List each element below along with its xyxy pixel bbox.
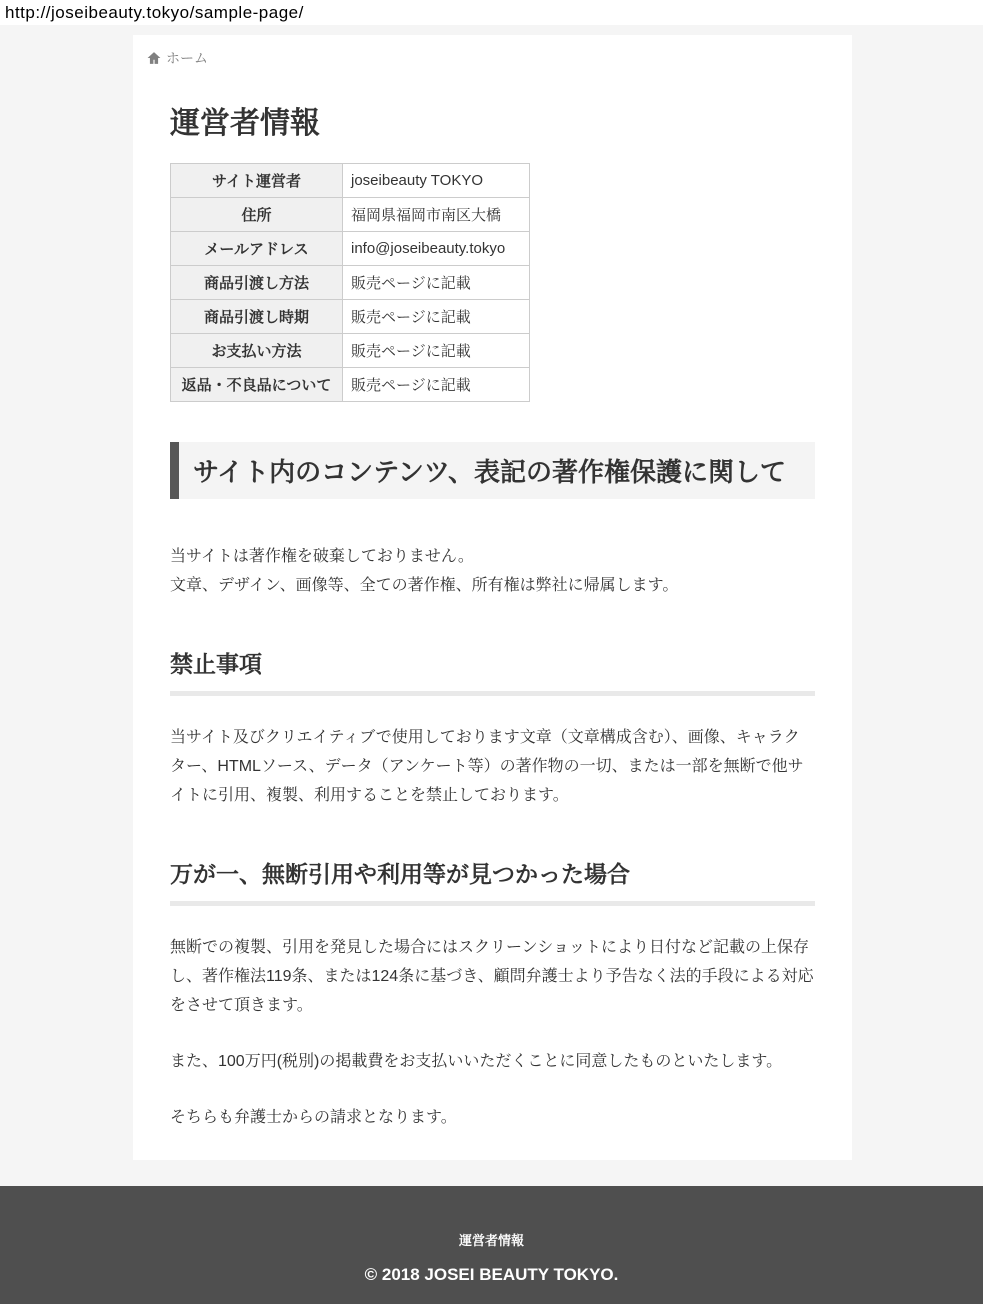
copyright-text: © 2018 JOSEI BEAUTY TOKYO. bbox=[0, 1265, 983, 1285]
breadcrumb-home-link[interactable]: ホーム bbox=[147, 48, 208, 68]
page-title: 運営者情報 bbox=[170, 98, 815, 142]
violation-paragraph: また、100万円(税別)の掲載費をお支払いいただくことに同意したものといたします… bbox=[170, 1047, 815, 1076]
table-row: 住所 福岡県福岡市南区大橋 bbox=[171, 198, 530, 232]
violation-paragraph: 無断での複製、引用を発見した場合にはスクリーンショットにより日付など記載の上保存… bbox=[170, 933, 815, 1020]
content-card: ホーム 運営者情報 サイト運営者 joseibeauty TOKYO 住所 福岡… bbox=[133, 35, 852, 1160]
copyright-section-heading: サイト内のコンテンツ、表記の著作権保護に関して bbox=[170, 442, 815, 499]
info-table-value: 福岡県福岡市南区大橋 bbox=[343, 198, 530, 232]
violation-paragraph: 著作権保護の為の処置となりますので何卒ご了承下さい。 bbox=[170, 1159, 815, 1160]
table-row: メールアドレス info@joseibeauty.tokyo bbox=[171, 232, 530, 266]
info-table-label: お支払い方法 bbox=[171, 334, 343, 368]
table-row: サイト運営者 joseibeauty TOKYO bbox=[171, 164, 530, 198]
violation-section-heading: 万が一、無断引用や利用等が見つかった場合 bbox=[170, 856, 815, 889]
info-table-value: 販売ページに記載 bbox=[343, 266, 530, 300]
table-row: 商品引渡し時期 販売ページに記載 bbox=[171, 300, 530, 334]
violation-paragraph: そちらも弁護士からの請求となります。 bbox=[170, 1103, 815, 1132]
footer-nav-link[interactable]: 運営者情報 bbox=[459, 1230, 524, 1249]
table-row: お支払い方法 販売ページに記載 bbox=[171, 334, 530, 368]
table-row: 返品・不良品について 販売ページに記載 bbox=[171, 368, 530, 402]
table-row: 商品引渡し方法 販売ページに記載 bbox=[171, 266, 530, 300]
info-table-label: 商品引渡し方法 bbox=[171, 266, 343, 300]
breadcrumb-home-label: ホーム bbox=[166, 48, 208, 68]
info-table-label: サイト運営者 bbox=[171, 164, 343, 198]
info-table-label: 商品引渡し時期 bbox=[171, 300, 343, 334]
copyright-section-text: 当サイトは著作権を破棄しておりません。 文章、デザイン、画像等、全ての著作権、所… bbox=[170, 542, 815, 600]
heading-divider bbox=[170, 901, 815, 906]
paragraph: 文章、デザイン、画像等、全ての著作権、所有権は弊社に帰属します。 bbox=[170, 571, 815, 600]
paragraph: 当サイトは著作権を破棄しておりません。 bbox=[170, 542, 815, 571]
info-table-value: info@joseibeauty.tokyo bbox=[343, 232, 530, 266]
site-footer: 運営者情報 © 2018 JOSEI BEAUTY TOKYO. bbox=[0, 1186, 983, 1304]
info-table-value: joseibeauty TOKYO bbox=[343, 164, 530, 198]
main-content: 運営者情報 サイト運営者 joseibeauty TOKYO 住所 福岡県福岡市… bbox=[133, 98, 852, 1160]
info-table-label: メールアドレス bbox=[171, 232, 343, 266]
browser-url-text: http://joseibeauty.tokyo/sample-page/ bbox=[0, 0, 983, 25]
page-background: ホーム 運営者情報 サイト運営者 joseibeauty TOKYO 住所 福岡… bbox=[0, 25, 983, 1186]
home-icon bbox=[147, 51, 161, 65]
prohibited-section-heading: 禁止事項 bbox=[170, 646, 815, 679]
info-table-value: 販売ページに記載 bbox=[343, 368, 530, 402]
heading-divider bbox=[170, 691, 815, 696]
operator-info-table: サイト運営者 joseibeauty TOKYO 住所 福岡県福岡市南区大橋 メ… bbox=[170, 163, 530, 402]
info-table-value: 販売ページに記載 bbox=[343, 334, 530, 368]
prohibited-section-paragraph: 当サイト及びクリエイティブで使用しております文章（文章構成含む）、画像、キャラク… bbox=[170, 723, 815, 810]
info-table-label: 住所 bbox=[171, 198, 343, 232]
info-table-value: 販売ページに記載 bbox=[343, 300, 530, 334]
info-table-label: 返品・不良品について bbox=[171, 368, 343, 402]
